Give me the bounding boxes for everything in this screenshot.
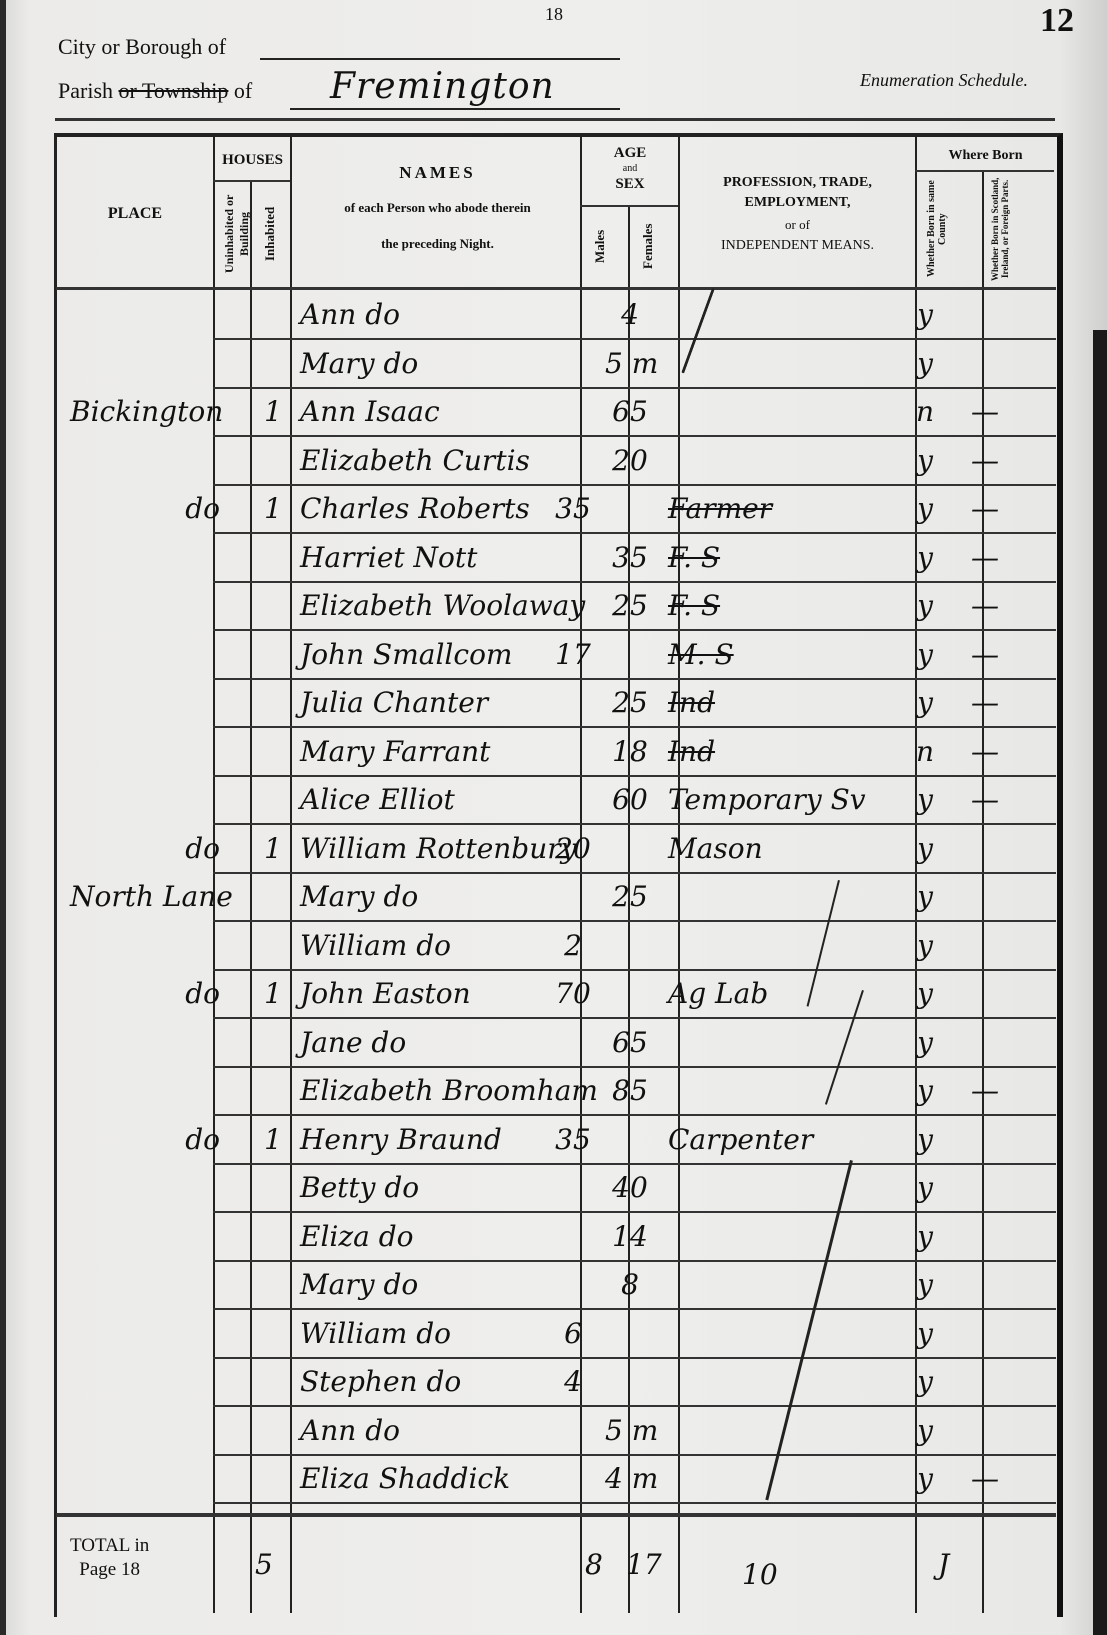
place-cell: do [70, 492, 220, 525]
table-row: do1John Easton70Ag Laby [0, 971, 1107, 1019]
females-age-cell: 85 [605, 1074, 655, 1107]
header-names-sub2: the preceding Night. [295, 236, 580, 252]
page-number-stamp: 12 [1040, 2, 1074, 40]
inhabited-cell: 1 [258, 492, 288, 525]
born-county-cell: y [905, 686, 945, 719]
name-cell: Elizabeth Woolaway [300, 589, 585, 622]
header-names-sub1: of each Person who abode therein [295, 200, 580, 216]
females-age-cell: 65 [605, 1026, 655, 1059]
females-age-cell: 25 [605, 589, 655, 622]
born-county-cell: y [905, 1317, 945, 1350]
inhabited-cell: 1 [258, 395, 288, 428]
name-cell: Betty do [300, 1171, 419, 1204]
place-cell: do [70, 1123, 220, 1156]
table-row: Betty do40y [0, 1165, 1107, 1213]
table-row: Jane do65y [0, 1020, 1107, 1068]
inhabited-cell: 1 [258, 1123, 288, 1156]
table-row: do1Henry Braund35Carpentery [0, 1117, 1107, 1165]
name-cell: Ann do [300, 298, 400, 331]
born-county-cell: y [905, 492, 945, 525]
females-age-cell: 60 [605, 783, 655, 816]
males-age-cell: 17 [548, 638, 598, 671]
born-county-cell: n [905, 395, 945, 428]
name-cell: Jane do [300, 1026, 406, 1059]
born-county-cell: y [905, 1220, 945, 1253]
born-county-cell: y [905, 929, 945, 962]
total-inhabited: 5 [255, 1548, 273, 1581]
parish-value-line [290, 108, 620, 110]
females-age-cell: 8 [605, 1268, 655, 1301]
males-age-cell: 70 [548, 977, 598, 1010]
females-age-cell: 40 [605, 1171, 655, 1204]
name-cell: William Rottenbury [300, 832, 576, 865]
row-rule [213, 1502, 1056, 1504]
born-county-cell: y [905, 1414, 945, 1447]
table-row: Eliza do14y [0, 1214, 1107, 1262]
born-county-cell: y [905, 977, 945, 1010]
table-row: Ann do4y [0, 292, 1107, 340]
born-sub-rule [915, 170, 1054, 172]
born-county-cell: y [905, 298, 945, 331]
males-age-cell: 2 [548, 929, 598, 962]
females-age-cell: 25 [605, 686, 655, 719]
header-born-county: Whether Born in same County [926, 175, 970, 283]
males-age-cell: 20 [548, 832, 598, 865]
females-age-cell: 4 [605, 298, 655, 331]
born-county-cell: y [905, 1462, 945, 1495]
name-cell: Ann do [300, 1414, 400, 1447]
born-foreign-cell: — [960, 783, 1010, 816]
born-foreign-cell: — [960, 444, 1010, 477]
header-sex: SEX [582, 176, 678, 193]
header-females: Females [640, 212, 664, 280]
name-cell: Stephen do [300, 1365, 461, 1398]
profession-cell: Ind [668, 735, 715, 768]
table-row: Harriet Nott35F. Sy— [0, 535, 1107, 583]
table-row: John Smallcom17M. Sy— [0, 632, 1107, 680]
parish-label-prefix: Parish [58, 78, 113, 103]
females-age-cell: 35 [605, 541, 655, 574]
profession-cell: F. S [668, 589, 720, 622]
totals-label-line2: Page 18 [70, 1558, 149, 1582]
table-row: William do6y [0, 1311, 1107, 1359]
name-cell: William do [300, 1317, 451, 1350]
header-profession-2: EMPLOYMENT, [680, 195, 915, 211]
born-county-cell: y [905, 1365, 945, 1398]
place-cell: Bickington [70, 395, 220, 428]
table-row: Alice Elliot60Temporary Svy— [0, 777, 1107, 825]
name-cell: William do [300, 929, 451, 962]
name-cell: John Smallcom [300, 638, 512, 671]
table-row: Elizabeth Curtis20y— [0, 438, 1107, 486]
name-cell: Mary do [300, 880, 418, 913]
parish-label-suffix: of [234, 78, 252, 103]
males-age-cell: 35 [548, 1123, 598, 1156]
profession-cell: Ag Lab [668, 977, 768, 1010]
name-cell: Harriet Nott [300, 541, 477, 574]
total-males: 8 [585, 1548, 603, 1581]
profession-cell: Temporary Sv [668, 783, 866, 816]
houses-sub-rule [213, 180, 290, 182]
table-row: Mary Farrant18Indn— [0, 729, 1107, 777]
born-county-cell: y [905, 1123, 945, 1156]
born-foreign-cell: — [960, 1462, 1010, 1495]
born-county-cell: y [905, 1074, 945, 1107]
name-cell: Ann Isaac [300, 395, 440, 428]
males-age-cell: 4 [548, 1365, 598, 1398]
header-uninhabited: Uninhabited or Building [222, 185, 252, 283]
born-county-cell: y [905, 638, 945, 671]
profession-cell: Mason [668, 832, 763, 865]
parish-label: Parish or Township of [58, 78, 252, 104]
table-row: do1Charles Roberts35Farmery— [0, 486, 1107, 534]
name-cell: Julia Chanter [300, 686, 488, 719]
table-row: Elizabeth Broomham85y— [0, 1068, 1107, 1116]
table-row: Elizabeth Woolaway25F. Sy— [0, 583, 1107, 631]
born-county-cell: y [905, 541, 945, 574]
born-county-cell: y [905, 444, 945, 477]
females-age-cell: 65 [605, 395, 655, 428]
table-row: Mary do8y [0, 1262, 1107, 1310]
born-county-cell: y [905, 1268, 945, 1301]
header-bottom-rule [56, 287, 1056, 290]
header-rule [55, 118, 1055, 121]
table-row: North LaneMary do25y [0, 874, 1107, 922]
table-row: do1William Rottenbury20Masony [0, 826, 1107, 874]
header-born-foreign: Whether Born in Scotland, Ireland, or Fo… [990, 175, 1048, 283]
table-row: Ann do5 my [0, 1408, 1107, 1456]
table-row: Julia Chanter25Indy— [0, 680, 1107, 728]
name-cell: John Easton [300, 977, 471, 1010]
place-cell: do [70, 832, 220, 865]
born-foreign-cell: — [960, 395, 1010, 428]
females-age-cell: 18 [605, 735, 655, 768]
females-age-cell: 5 m [605, 1414, 655, 1447]
total-females: 17 [626, 1548, 662, 1581]
header-houses: HOUSES [215, 152, 290, 169]
profession-cell: F. S [668, 541, 720, 574]
profession-cell: M. S [668, 638, 734, 671]
header-profession-3: or of [680, 217, 915, 233]
enumeration-schedule-label: Enumeration Schedule. [860, 70, 1028, 91]
inhabited-cell: 1 [258, 832, 288, 865]
born-foreign-cell: — [960, 589, 1010, 622]
parish-value: Fremington [330, 66, 555, 107]
females-age-cell: 5 m [605, 347, 655, 380]
born-foreign-cell: — [960, 1074, 1010, 1107]
header-names: NAMES [295, 163, 580, 183]
females-age-cell: 20 [605, 444, 655, 477]
inhabited-cell: 1 [258, 977, 288, 1010]
born-county-cell: y [905, 589, 945, 622]
name-cell: Elizabeth Curtis [300, 444, 530, 477]
born-foreign-cell: — [960, 735, 1010, 768]
name-cell: Charles Roberts [300, 492, 530, 525]
name-cell: Mary do [300, 347, 418, 380]
header-where-born: Where Born [917, 148, 1054, 164]
born-foreign-cell: — [960, 686, 1010, 719]
born-county-cell: y [905, 1171, 945, 1204]
totals-rule [56, 1513, 1056, 1517]
males-age-cell: 6 [548, 1317, 598, 1350]
header-age-and: and [582, 163, 678, 174]
page-number-top: 18 [545, 4, 563, 25]
header-age: AGE [582, 145, 678, 162]
total-born-county: J [938, 1548, 949, 1581]
place-cell: North Lane [70, 880, 220, 913]
header-place: PLACE [60, 205, 210, 223]
totals-label-line1: TOTAL in [70, 1534, 149, 1558]
header-inhabited: Inhabited [262, 185, 282, 283]
born-county-cell: y [905, 783, 945, 816]
name-cell: Mary do [300, 1268, 418, 1301]
header-profession-1: PROFESSION, TRADE, [680, 175, 915, 191]
name-cell: Eliza Shaddick [300, 1462, 510, 1495]
born-county-cell: y [905, 1026, 945, 1059]
born-county-cell: y [905, 880, 945, 913]
total-profession: 10 [742, 1558, 778, 1591]
table-row: Bickington1Ann Isaac65n— [0, 389, 1107, 437]
table-row: Stephen do4y [0, 1359, 1107, 1407]
header-males: Males [592, 212, 616, 280]
born-county-cell: y [905, 832, 945, 865]
profession-cell: Farmer [668, 492, 772, 525]
males-age-cell: 35 [548, 492, 598, 525]
name-cell: Elizabeth Broomham [300, 1074, 598, 1107]
header-profession-4: INDEPENDENT MEANS. [680, 238, 915, 254]
born-foreign-cell: — [960, 541, 1010, 574]
name-cell: Eliza do [300, 1220, 413, 1253]
females-age-cell: 25 [605, 880, 655, 913]
females-age-cell: 14 [605, 1220, 655, 1253]
born-county-cell: y [905, 347, 945, 380]
born-county-cell: n [905, 735, 945, 768]
parish-label-struck: or Township [119, 78, 229, 103]
profession-cell: Carpenter [668, 1123, 813, 1156]
city-label: City or Borough of [58, 34, 226, 60]
name-cell: Mary Farrant [300, 735, 490, 768]
name-cell: Henry Braund [300, 1123, 502, 1156]
profession-cell: Ind [668, 686, 715, 719]
age-sub-rule [580, 205, 678, 207]
city-value-line [260, 58, 620, 60]
totals-label: TOTAL in Page 18 [70, 1534, 149, 1582]
females-age-cell: 4 m [605, 1462, 655, 1495]
name-cell: Alice Elliot [300, 783, 455, 816]
table-row: Eliza Shaddick4 my— [0, 1456, 1107, 1504]
born-foreign-cell: — [960, 638, 1010, 671]
table-row: Mary do5 my [0, 341, 1107, 389]
born-foreign-cell: — [960, 492, 1010, 525]
table-row: William do2y [0, 923, 1107, 971]
place-cell: do [70, 977, 220, 1010]
